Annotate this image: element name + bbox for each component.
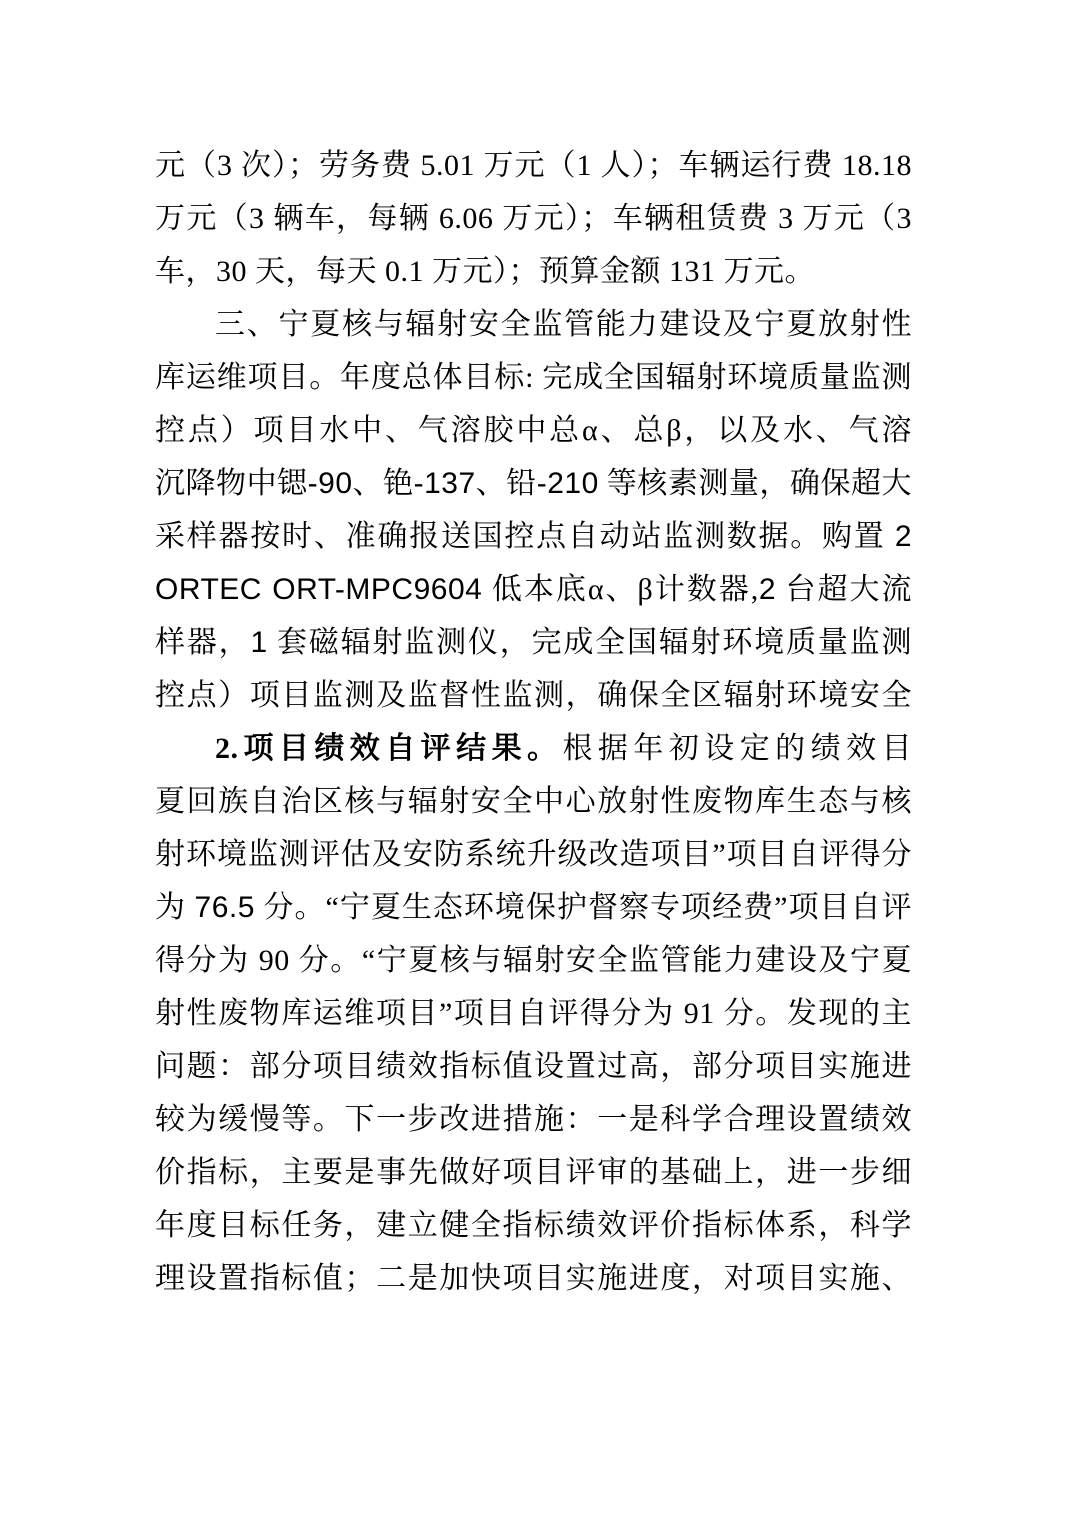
text-segment: 理设置指标值；二是加快项目实施进度，对项目实施、预: [155, 1262, 912, 1305]
text-line: 控点）项目水中、气溶胶中总α、总β，以及水、气溶胶、: [155, 404, 912, 457]
text-line: 库运维项目。年度总体目标: 完成全国辐射环境质量监测（国: [155, 351, 912, 404]
text-segment: 较为缓慢等。下一步改进措施：一是科学合理设置绩效评: [155, 1103, 912, 1146]
text-segment: 2.项目绩效自评结果。: [215, 732, 562, 765]
text-segment: 、铅: [476, 467, 537, 500]
text-segment: 夏回族自治区核与辐射安全中心放射性废物库生态与核辐: [155, 785, 912, 828]
text-line: 射环境监测评估及安防系统升级改造项目”项目自评得分: [155, 828, 912, 881]
text-segment: 价指标，主要是事先做好项目评审的基础上，进一步细化: [155, 1156, 912, 1199]
text-line: ORTEC ORT-MPC9604 低本底α、β计数器,2 台超大流量采: [155, 563, 912, 616]
text-segment: 分。“宁夏生态环境保护督察专项经费”项目自评: [255, 891, 912, 924]
text-line: 得分为 90 分。“宁夏核与辐射安全监管能力建设及宁夏放: [155, 934, 912, 987]
text-segment: 、铯: [353, 467, 414, 500]
text-segment: 套磁辐射监测仪，完成全国辐射环境质量监测（国: [155, 626, 912, 669]
text-segment: 年度目标任务，建立健全指标绩效评价指标体系，科学合: [155, 1209, 912, 1252]
text-segment: 低本底α、β计数器,: [482, 573, 758, 606]
text-line: 年度目标任务，建立健全指标绩效评价指标体系，科学合: [155, 1199, 912, 1252]
text-line: 样器，1 套磁辐射监测仪，完成全国辐射环境质量监测（国: [155, 616, 912, 669]
text-segment: 元（3 次）；劳务费 5.01 万元（1 人）；车辆运行费 18.18: [155, 149, 912, 182]
text-segment: 三、宁夏核与辐射安全监管能力建设及宁夏放射性废物: [155, 308, 912, 351]
text-segment: 万元（3 辆车，每辆 6.06 万元）；车辆租赁费 3 万元（3 辆: [155, 202, 912, 245]
text-segment: 得分为 90 分。“宁夏核与辐射安全监管能力建设及宁夏放: [155, 944, 912, 987]
text-line: 万元（3 辆车，每辆 6.06 万元）；车辆租赁费 3 万元（3 辆: [155, 192, 912, 245]
document-page: 元（3 次）；劳务费 5.01 万元（1 人）；车辆运行费 18.18万元（3 …: [0, 0, 1074, 1520]
document-text: 元（3 次）；劳务费 5.01 万元（1 人）；车辆运行费 18.18万元（3 …: [155, 139, 912, 1305]
text-segment: -210: [537, 467, 599, 500]
text-segment: -90: [308, 467, 353, 500]
text-segment: ORTEC ORT-MPC9604: [155, 573, 482, 606]
text-segment: 库运维项目。年度总体目标: 完成全国辐射环境质量监测（国: [155, 361, 912, 404]
text-segment: 为: [155, 891, 195, 924]
text-segment: 车，30 天，每天 0.1 万元）；预算金额 131 万元。: [155, 255, 815, 288]
text-segment: 问题：部分项目绩效指标值设置过高，部分项目实施进度: [155, 1050, 912, 1093]
text-line: 2.项目绩效自评结果。根据年初设定的绩效目标，“宁: [155, 722, 912, 775]
text-segment: 控点）项目监测及监督性监测，确保全区辐射环境安全可控。: [155, 679, 912, 722]
text-segment: 控点）项目水中、气溶胶中总α、总β，以及水、气溶胶、: [155, 414, 912, 457]
text-line: 元（3 次）；劳务费 5.01 万元（1 人）；车辆运行费 18.18: [155, 139, 912, 192]
text-line: 问题：部分项目绩效指标值设置过高，部分项目实施进度: [155, 1040, 912, 1093]
text-segment: 采样器按时、准确报送国控点自动站监测数据。购置: [155, 520, 895, 553]
text-segment: 射环境监测评估及安防系统升级改造项目”项目自评得分: [155, 838, 912, 871]
text-segment: 2: [759, 573, 776, 606]
text-segment: -137: [414, 467, 476, 500]
text-segment: 76.5: [195, 891, 255, 924]
text-line: 为 76.5 分。“宁夏生态环境保护督察专项经费”项目自评: [155, 881, 912, 934]
text-segment: 射性废物库运维项目”项目自评得分为 91 分。发现的主要: [155, 997, 912, 1040]
text-line: 射性废物库运维项目”项目自评得分为 91 分。发现的主要: [155, 987, 912, 1040]
text-line: 三、宁夏核与辐射安全监管能力建设及宁夏放射性废物: [155, 298, 912, 351]
text-line: 价指标，主要是事先做好项目评审的基础上，进一步细化: [155, 1146, 912, 1199]
text-line: 夏回族自治区核与辐射安全中心放射性废物库生态与核辐: [155, 775, 912, 828]
text-segment: 2: [895, 520, 912, 553]
text-segment: 样器，: [155, 626, 250, 659]
text-line: 较为缓慢等。下一步改进措施：一是科学合理设置绩效评: [155, 1093, 912, 1146]
text-line: 车，30 天，每天 0.1 万元）；预算金额 131 万元。: [155, 245, 912, 298]
text-segment: 沉降物中锶: [155, 467, 308, 500]
text-line: 沉降物中锶-90、铯-137、铅-210 等核素测量，确保超大流量: [155, 457, 912, 510]
text-line: 控点）项目监测及监督性监测，确保全区辐射环境安全可控。: [155, 669, 912, 722]
text-line: 采样器按时、准确报送国控点自动站监测数据。购置 2 台: [155, 510, 912, 563]
text-line: 理设置指标值；二是加快项目实施进度，对项目实施、预: [155, 1252, 912, 1305]
text-segment: 1: [250, 626, 267, 659]
